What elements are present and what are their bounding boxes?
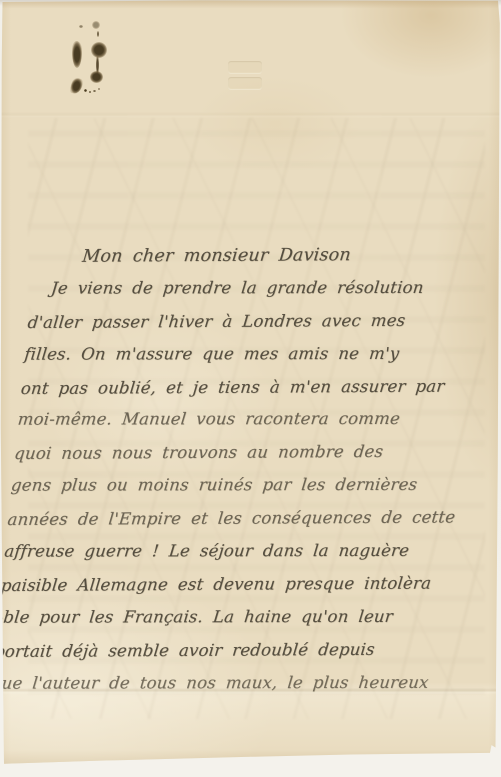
- handwritten-line: affreuse guerre ! Le séjour dans la nagu…: [3, 535, 452, 569]
- handwritten-line: -ble pour les Français. La haine qu'on l…: [0, 601, 445, 635]
- ink-blot-mark: [98, 88, 100, 90]
- ink-blot-mark: [97, 31, 99, 37]
- embossed-stamp: [228, 58, 268, 98]
- handwritten-line: quoi nous nous trouvons au nombre des: [13, 436, 463, 471]
- letter-paper: Mon cher monsieur DavisonJe viens de pre…: [0, 0, 501, 777]
- ink-blot-mark: [72, 41, 82, 68]
- embossed-stamp-row: [228, 61, 262, 74]
- handwritten-line: ont pas oublié, et je tiens à m'en assur…: [19, 370, 469, 405]
- handwritten-line: filles. On m'assure que mes amis ne m'y: [23, 338, 472, 372]
- ink-blot-mark: [79, 25, 83, 28]
- ink-blot-mark: [91, 42, 107, 58]
- ink-blot-mark: [89, 91, 91, 93]
- handwritten-line: portait déjà semble avoir redoublé depui…: [0, 633, 442, 668]
- handwritten-line: moi-même. Manuel vous racontera comme: [16, 403, 465, 437]
- handwritten-line: paisible Allemagne est devenu presque in…: [0, 567, 449, 602]
- handwritten-line: d'aller passer l'hiver à Londres avec me…: [26, 304, 476, 339]
- handwritten-line: Je viens de prendre la grande résolution: [29, 272, 478, 306]
- handwritten-line: Mon cher monsieur Davison: [33, 238, 483, 273]
- ink-blot-mark: [69, 77, 84, 96]
- ink-blot-mark: [93, 90, 96, 92]
- ink-blot-mark: [84, 89, 87, 92]
- letter-body: Mon cher monsieur DavisonJe viens de pre…: [0, 238, 482, 700]
- handwritten-line: que l'auteur de tous nos maux, le plus h…: [0, 666, 439, 700]
- embossed-stamp-row: [228, 77, 262, 90]
- scanned-letter-page: Mon cher monsieur DavisonJe viens de pre…: [0, 0, 501, 777]
- ink-blot-mark: [96, 56, 99, 74]
- fold-crease-top: [0, 112, 501, 118]
- handwritten-line: gens plus ou moins ruinés par les derniè…: [9, 469, 458, 503]
- handwritten-line: années de l'Empire et les conséquences d…: [6, 502, 456, 537]
- ink-blot-mark: [90, 71, 103, 83]
- ink-blot-mark: [92, 21, 100, 29]
